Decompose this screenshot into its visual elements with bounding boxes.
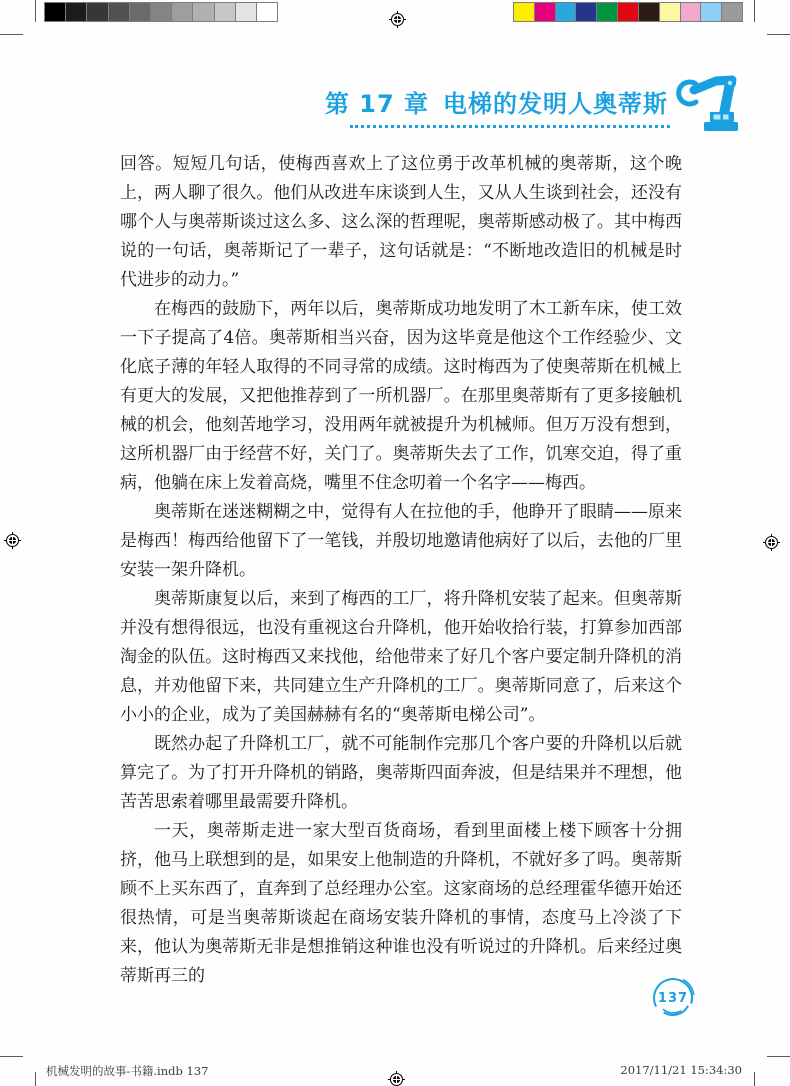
calibration-step <box>130 3 151 21</box>
calibration-step <box>514 3 535 21</box>
crop-mark <box>767 34 790 35</box>
crop-mark <box>35 0 36 22</box>
calibration-step <box>701 3 722 21</box>
calibration-step <box>597 3 618 21</box>
footer-timestamp: 2017/11/21 15:34:30 <box>620 1063 742 1077</box>
robot-arm-icon <box>666 74 740 136</box>
crop-mark <box>754 1072 755 1086</box>
calibration-step <box>193 3 214 21</box>
calibration-step <box>681 3 702 21</box>
body-text-column: 回答。短短几句话，使梅西喜欢上了这位勇于改革机械的奥蒂斯，这个晚上，两人聊了很久… <box>120 150 682 991</box>
footer-filename: 机械发明的故事-书籍.indb 137 <box>46 1063 208 1079</box>
grayscale-calibration-bar <box>44 2 278 22</box>
paragraph: 回答。短短几句话，使梅西喜欢上了这位勇于改革机械的奥蒂斯，这个晚上，两人聊了很久… <box>120 150 682 295</box>
calibration-step <box>535 3 556 21</box>
paragraph: 在梅西的鼓励下，两年以后，奥蒂斯成功地发明了木工新车床，使工效一下子提高了4倍。… <box>120 295 682 498</box>
paragraph: 奥蒂斯在迷迷糊糊之中，觉得有人在拉他的手，他睁开了眼睛——原来是梅西！梅西给他留… <box>120 498 682 585</box>
paragraph: 一天，奥蒂斯走进一家大型百货商场，看到里面楼上楼下顾客十分拥挤，他马上联想到的是… <box>120 817 682 991</box>
crop-mark <box>35 1072 36 1086</box>
crop-mark <box>754 0 755 22</box>
calibration-step <box>576 3 597 21</box>
header-dotted-divider <box>350 113 670 128</box>
calibration-step <box>236 3 257 21</box>
calibration-step <box>87 3 108 21</box>
paragraph: 既然办起了升降机工厂，就不可能制作完那几个客户要的升降机以后就算完了。为了打开升… <box>120 730 682 817</box>
calibration-step <box>215 3 236 21</box>
calibration-step <box>109 3 130 21</box>
registration-mark-top-icon <box>389 11 406 28</box>
page-number-badge: 137 <box>649 974 697 1022</box>
calibration-step <box>639 3 660 21</box>
calibration-step <box>257 3 277 21</box>
crop-mark <box>767 1056 790 1057</box>
registration-mark-bottom-icon <box>388 1071 405 1086</box>
registration-mark-left-icon <box>4 532 21 549</box>
registration-mark-right-icon <box>763 534 780 551</box>
calibration-step <box>618 3 639 21</box>
paragraph: 奥蒂斯康复以后，来到了梅西的工厂，将升降机安装了起来。但奥蒂斯并没有想得很远，也… <box>120 585 682 730</box>
calibration-step <box>45 3 66 21</box>
color-calibration-bar <box>513 2 743 22</box>
calibration-step <box>660 3 681 21</box>
crop-mark <box>0 1056 23 1057</box>
page-number: 137 <box>649 974 697 1022</box>
calibration-step <box>722 3 742 21</box>
crop-mark <box>0 34 23 35</box>
book-page-scan: 第 17 章电梯的发明人奥蒂斯 回答。短短几句话，使梅西喜欢上了这位勇于改革机械… <box>0 0 790 1086</box>
calibration-step <box>556 3 577 21</box>
calibration-step <box>66 3 87 21</box>
calibration-step <box>151 3 172 21</box>
calibration-step <box>172 3 193 21</box>
